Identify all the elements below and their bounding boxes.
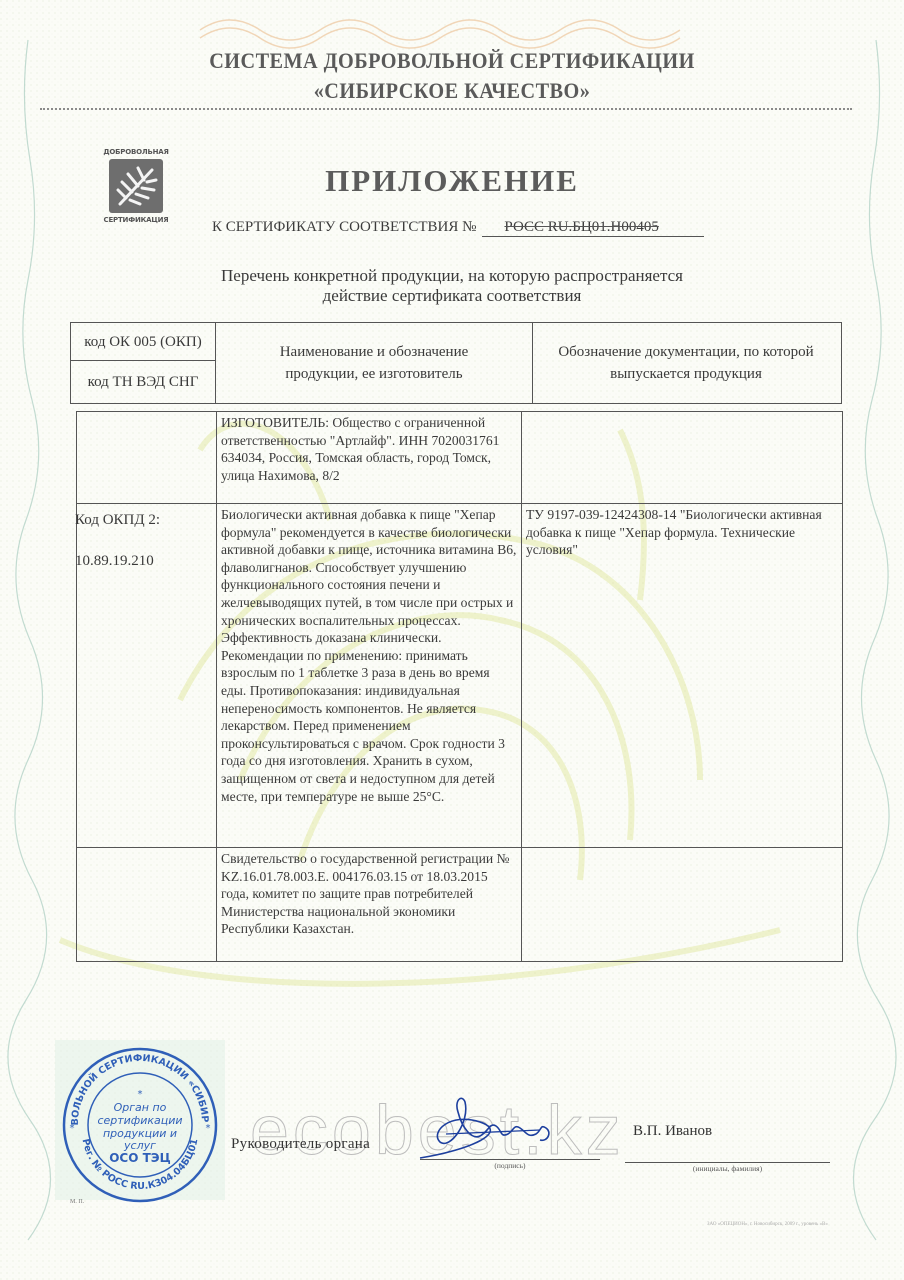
code-cell <box>77 848 217 962</box>
docs-cell <box>522 412 843 504</box>
header-divider <box>40 108 852 110</box>
product-cell: Свидетельство о государственной регистра… <box>217 848 522 962</box>
logo-bottom-caption: СЕРТИФИКАЦИЯ <box>103 216 169 224</box>
header-code-tnved-text: код ТН ВЭД СНГ <box>88 371 199 393</box>
header-product-text: Наименование и обозначение продукции, ее… <box>256 341 492 385</box>
certificate-reference: К СЕРТИФИКАТУ СООТВЕТСТВИЯ №РОСС RU.БЦ01… <box>212 219 704 237</box>
header-code-okp: код ОК 005 (ОКП) <box>71 323 216 361</box>
header-code-okp-text: код ОК 005 (ОКП) <box>84 331 201 353</box>
svg-text:*: * <box>70 1123 75 1134</box>
document-subtitle: Перечень конкретной продукции, на котору… <box>0 266 904 306</box>
subtitle-line1: Перечень конкретной продукции, на котору… <box>0 266 904 286</box>
certificate-label: К СЕРТИФИКАТУ СООТВЕТСТВИЯ № <box>212 219 476 235</box>
subtitle-line2: действие сертификата соответствия <box>0 286 904 306</box>
svg-text:*: * <box>206 1123 211 1134</box>
certificate-number: РОСС RU.БЦ01.Н00405 <box>482 219 704 237</box>
docs-cell <box>522 848 843 962</box>
handwritten-signature <box>410 1092 560 1164</box>
header-docs-text: Обозначение документации, по которой вып… <box>553 341 819 385</box>
code-cell <box>77 412 217 504</box>
name-line <box>625 1162 830 1163</box>
header-docs: Обозначение документации, по которой вып… <box>533 323 839 403</box>
svg-text:*: * <box>138 1089 143 1100</box>
stamp-line1: Орган по <box>114 1101 167 1114</box>
name-caption: (инициалы, фамилия) <box>625 1164 830 1173</box>
table-row: Код ОКПД 2: 10.89.19.210 Биологически ак… <box>77 504 843 848</box>
stamp-line2: сертификации <box>97 1114 182 1127</box>
document-title: ПРИЛОЖЕНИЕ <box>0 163 904 199</box>
table-header: код ОК 005 (ОКП) код ТН ВЭД СНГ Наименов… <box>70 322 842 404</box>
signature-caption: (подпись) <box>420 1161 600 1170</box>
org-title-line2: «СИБИРСКОЕ КАЧЕСТВО» <box>36 78 868 104</box>
stamp-line5: ОСО ТЭЦ <box>109 1151 171 1165</box>
logo-top-caption: ДОБРОВОЛЬНАЯ <box>103 148 169 156</box>
okpd-code-value: 10.89.19.210 <box>75 551 212 571</box>
signature-label: Руководитель органа <box>231 1136 370 1153</box>
okpd-code-label: Код ОКПД 2: <box>75 510 212 530</box>
signer-name: В.П. Иванов <box>633 1123 712 1140</box>
header-code-tnved: код ТН ВЭД СНГ <box>71 361 216 403</box>
stamp-mp-label: М. П. <box>70 1199 84 1205</box>
docs-cell: ТУ 9197-039-12424308-14 "Биологически ак… <box>522 504 843 848</box>
official-stamp: СИСТЕМА ДОБРОВОЛЬНОЙ СЕРТИФИКАЦИИ «СИБИР… <box>50 1035 230 1205</box>
product-cell: Биологически активная добавка к пище "Хе… <box>217 504 522 848</box>
product-cell: ИЗГОТОВИТЕЛЬ: Общество с ограниченной от… <box>217 412 522 504</box>
product-table: ИЗГОТОВИТЕЛЬ: Общество с ограниченной от… <box>76 411 843 962</box>
table-row: Свидетельство о государственной регистра… <box>77 848 843 962</box>
code-cell: Код ОКПД 2: 10.89.19.210 <box>77 504 217 848</box>
org-title-line1: СИСТЕМА ДОБРОВОЛЬНОЙ СЕРТИФИКАЦИИ <box>36 48 868 74</box>
table-row: ИЗГОТОВИТЕЛЬ: Общество с ограниченной от… <box>77 412 843 504</box>
signature-line <box>420 1159 600 1160</box>
printer-note: ЗАО «ОПЕЦИОН», г. Новосибирск, 2009 г., … <box>707 1222 828 1227</box>
header-product: Наименование и обозначение продукции, ее… <box>216 323 533 403</box>
